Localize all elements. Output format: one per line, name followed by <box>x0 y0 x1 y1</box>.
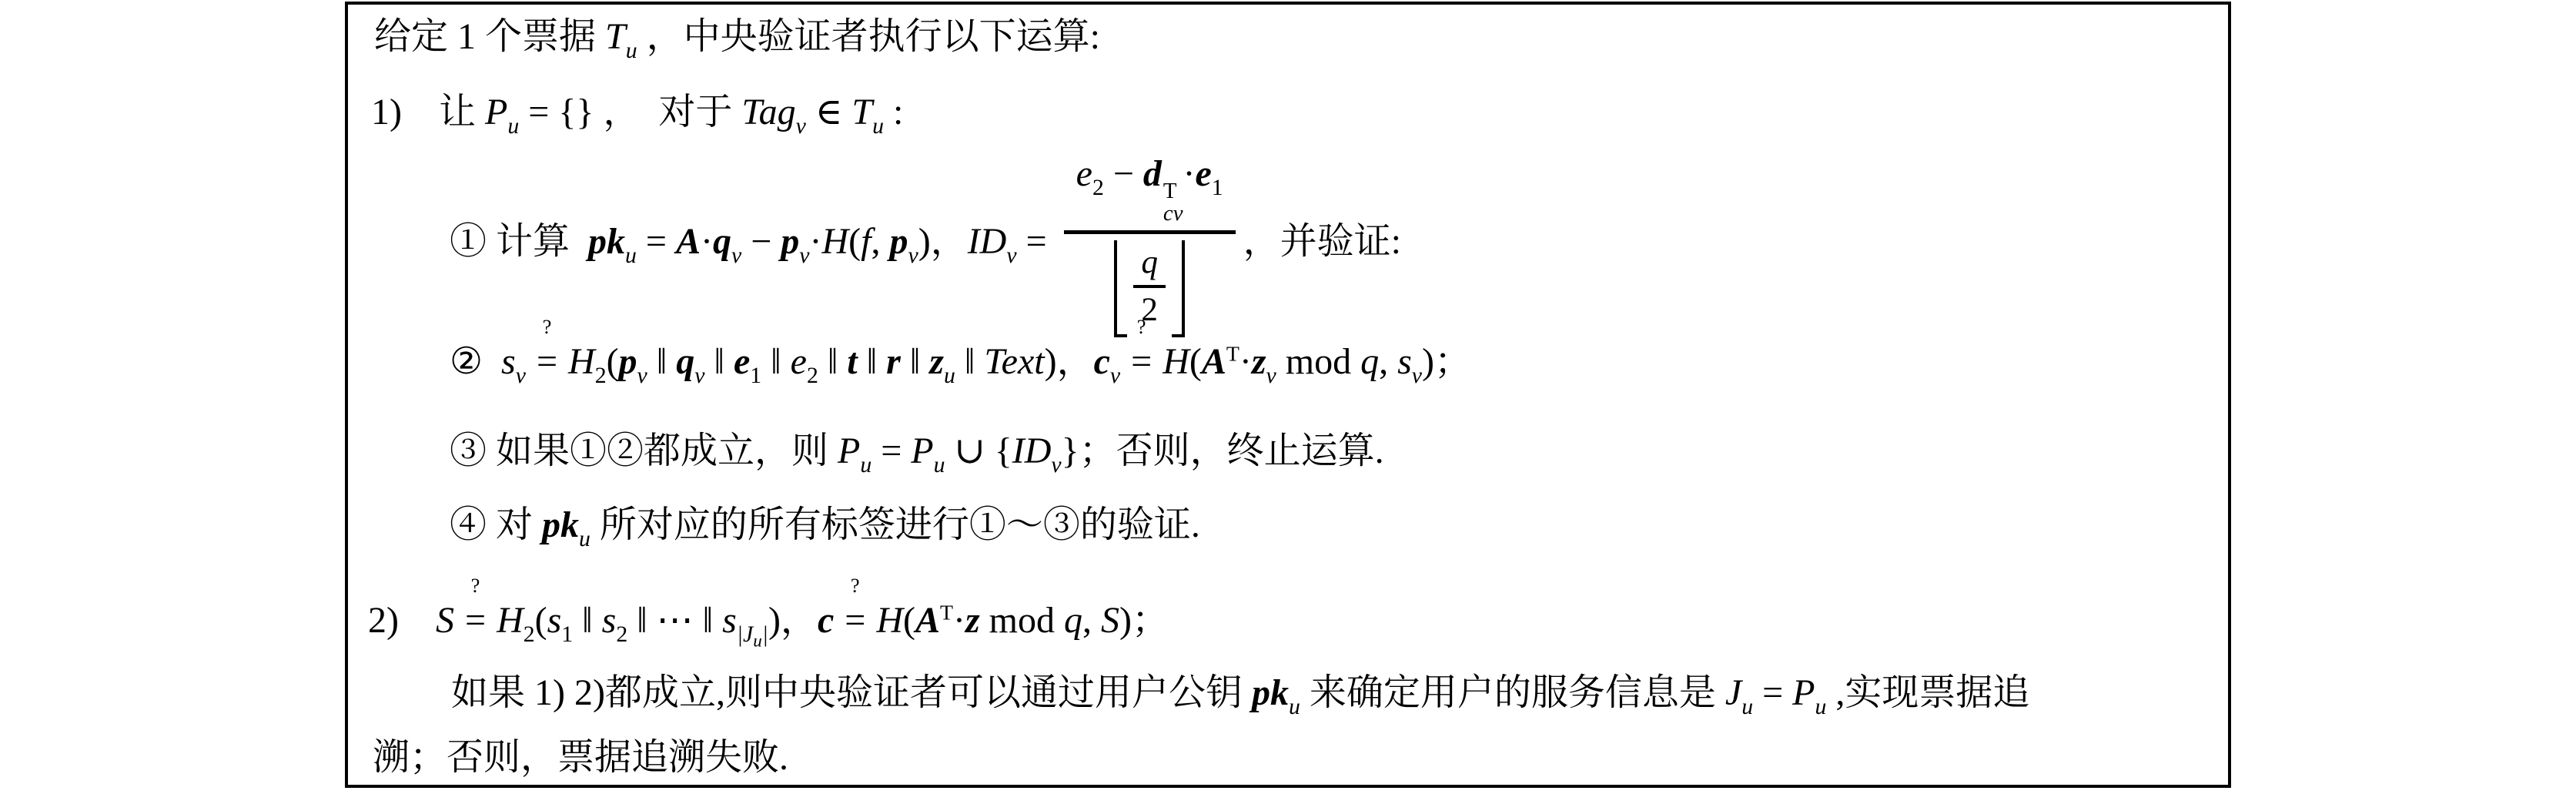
text-run: : <box>884 92 903 132</box>
conclusion-line-1: 如果 1) 2)都成立,则中央验证者可以通过用户公钥 pku 来确定用户的服务信… <box>451 672 2029 720</box>
text-run: ， <box>1057 341 1094 382</box>
step-2-line: 2) S?=H2(s1 ‖ s2 ‖ ⋯ ‖ s|Ju|)，c?=H(AT·z … <box>368 599 1169 651</box>
text-run: p <box>889 221 908 262</box>
text-run: q <box>676 341 694 382</box>
text-run: = <box>1017 221 1056 262</box>
text-run: ( <box>903 600 915 641</box>
text-run: ‖ <box>955 341 984 382</box>
text-run: ④ 对 <box>450 504 542 545</box>
text-run: 2 <box>1092 175 1104 200</box>
text-run: · <box>953 600 965 641</box>
text-run: 1 <box>561 621 573 647</box>
text-run: ‖ <box>818 341 847 382</box>
text-run: pk <box>542 504 579 545</box>
text-run: q <box>713 221 731 262</box>
text-run: e <box>791 341 807 382</box>
algorithm-box: 给定 1 个票据 Tu ，中央验证者执行以下运算:1) 让 Pu = {} ， … <box>345 2 2231 788</box>
text-run: − <box>1104 153 1143 194</box>
text-run: )； <box>1119 600 1169 641</box>
text-run: ( <box>848 221 861 262</box>
floor-left-bracket <box>1114 240 1127 337</box>
text-run: )； <box>1422 341 1471 382</box>
text-run: ID <box>1012 431 1052 471</box>
text-run: u <box>872 113 884 139</box>
text-run: ‖ <box>761 341 790 382</box>
questioned-equals: ?= <box>465 599 486 642</box>
text-run: 溯；否则，票据追溯失败. <box>373 737 788 778</box>
text-run: u <box>934 452 945 477</box>
text-run: A <box>676 221 701 262</box>
text-run: ‖ <box>901 341 929 382</box>
floor-bracket: q2 <box>1114 240 1185 337</box>
text-run: ② <box>450 341 501 382</box>
substep-4-all-tags-line: ④ 对 pku 所对应的所有标签进行①～③的验证. <box>450 504 1200 552</box>
text-run: u <box>507 113 519 139</box>
text-run: = <box>637 221 676 262</box>
text-run: ( <box>607 341 619 382</box>
text-run: P <box>485 92 507 132</box>
text-run: d <box>1143 153 1162 194</box>
text-run: ∪ { <box>945 431 1012 471</box>
text-run: |J <box>737 621 753 647</box>
text-run: 给定 1 个票据 <box>374 16 605 57</box>
text-run: A <box>915 600 940 641</box>
text-run: ) <box>768 600 781 641</box>
text-run: ) <box>918 221 931 262</box>
text-run: | <box>762 621 768 647</box>
substep-2-verify-line: ② sv?=H2(pv ‖ qv ‖ e1 ‖ e2 ‖ t ‖ r ‖ zu … <box>450 340 1471 389</box>
text-run: 2) <box>368 600 436 641</box>
text-run: P <box>838 431 860 471</box>
text-run: q <box>1141 244 1158 280</box>
substep-1-compute-line: ① 计算 pku = A·qv − pv·H(f, pv)，IDv = e2 −… <box>450 152 1401 337</box>
text-run: ‖ ⋯ ‖ <box>627 600 722 641</box>
text-run: s <box>722 600 737 641</box>
text-run: v <box>796 113 806 139</box>
step-1-line: 1) 让 Pu = {} ， 对于 Tagv ∈ Tu : <box>371 91 903 139</box>
text-run: u <box>1815 694 1826 719</box>
text-run: 2 <box>807 363 818 388</box>
text-run: mod <box>1276 341 1360 382</box>
text-run: s <box>501 341 516 382</box>
text-run: u <box>860 452 871 477</box>
text-run: ， <box>931 221 968 262</box>
text-run: 1) 让 <box>371 92 485 132</box>
text-run: · <box>701 221 713 262</box>
questioned-equals: ?= <box>537 340 557 383</box>
text-run: s <box>1397 341 1412 382</box>
text-run: T <box>605 16 626 57</box>
text-run: = <box>1753 672 1792 713</box>
text-run: , <box>1082 600 1101 641</box>
text-run: ( <box>1189 341 1202 382</box>
text-run: u <box>579 526 590 551</box>
text-run: 1 <box>750 363 761 388</box>
text-run: H <box>497 600 524 641</box>
text-run: S <box>1101 600 1119 641</box>
text-run: v <box>731 243 741 268</box>
text-run: e <box>1076 153 1092 194</box>
question-mark: ? <box>851 574 860 597</box>
questioned-equals: ?= <box>845 599 865 642</box>
text-run: r <box>886 341 901 382</box>
text-run: p <box>781 221 799 262</box>
question-mark: ? <box>1137 315 1146 338</box>
text-run: q <box>1360 341 1379 382</box>
text-run: u <box>626 38 637 63</box>
text-run: pk <box>588 221 625 262</box>
text-run: 2 <box>616 621 627 647</box>
text-run: u <box>1289 694 1300 719</box>
text-run: c <box>818 600 834 641</box>
text-run: q <box>1064 600 1082 641</box>
text-run: u <box>625 243 637 268</box>
fraction-numerator: q <box>1133 243 1166 288</box>
text-run: ③ 如果①②都成立，则 <box>450 431 838 471</box>
text-run: s <box>547 600 562 641</box>
text-run: , <box>871 221 889 262</box>
text-run: pk <box>1252 672 1289 713</box>
text-run: Text <box>984 341 1044 382</box>
questioned-equals: ?= <box>1131 340 1152 383</box>
text-run: ∈ <box>806 92 852 132</box>
text-run: ，中央验证者执行以下运算: <box>637 16 1100 57</box>
text-run: v <box>1006 243 1016 268</box>
text-run: T <box>851 92 872 132</box>
question-mark: ? <box>543 315 552 338</box>
fraction-numerator: e2 − dTcv·e1 <box>1064 152 1236 234</box>
text-run: Tag <box>741 92 795 132</box>
text-run: 所对应的所有标签进行①～③的验证. <box>590 504 1200 545</box>
text-run: A <box>1202 341 1226 382</box>
text-run: = <box>871 431 911 471</box>
text-run: ‖ <box>573 600 601 641</box>
text-run: z <box>1252 341 1266 382</box>
text-run: c <box>1094 341 1110 382</box>
text-run: 1 <box>1212 175 1223 200</box>
text-run: H <box>1163 341 1189 382</box>
text-run: ‖ <box>704 341 733 382</box>
text-run: = {} ， 对于 <box>519 92 741 132</box>
text-run: , <box>1379 341 1397 382</box>
text-run: · <box>1239 341 1252 382</box>
text-run: z <box>965 600 980 641</box>
text-run: J <box>1725 672 1741 713</box>
text-run: 2 <box>595 363 607 388</box>
text-run: T <box>1226 342 1239 366</box>
text-run: 如果 1) 2)都成立,则中央验证者可以通过用户公钥 <box>451 672 1252 713</box>
text-run: H <box>821 221 848 262</box>
text-run: ) <box>1045 341 1057 382</box>
text-run: T <box>940 601 953 625</box>
text-run: ① 计算 <box>450 221 588 262</box>
text-run: }；否则，终止运算. <box>1062 431 1384 471</box>
text-run: u <box>753 630 762 650</box>
floor-right-bracket <box>1172 240 1185 337</box>
text-run: z <box>929 341 944 382</box>
fraction: e2 − dTcv·e1q2 <box>1064 152 1236 337</box>
text-run: v <box>637 363 647 388</box>
text-run: u <box>944 363 955 388</box>
text-run: H <box>568 341 595 382</box>
text-run: S <box>436 600 454 641</box>
text-run: v <box>1110 363 1120 388</box>
superscript: T <box>1163 180 1177 203</box>
text-run: ‖ <box>647 341 676 382</box>
fraction-denominator: q2 <box>1064 234 1236 337</box>
text-run: v <box>1266 363 1276 388</box>
text-run: p <box>619 341 637 382</box>
text-run: v <box>516 363 526 388</box>
text-run: v <box>1051 452 1061 477</box>
text-run: e <box>734 341 750 382</box>
text-run: v <box>694 363 704 388</box>
text-run: ,实现票据追 <box>1826 672 2029 713</box>
text-run: v <box>908 243 918 268</box>
text-run: v <box>1412 363 1422 388</box>
text-run: t <box>847 341 857 382</box>
question-mark: ? <box>471 574 480 597</box>
sup-sub-stack: Tcv <box>1163 180 1183 225</box>
text-run: v <box>799 243 809 268</box>
text-run: − <box>741 221 781 262</box>
text-run: s <box>602 600 617 641</box>
text-run: u <box>1741 694 1753 719</box>
text-run: ID <box>968 221 1007 262</box>
text-run: ( <box>535 600 547 641</box>
text-run: · <box>1183 153 1195 194</box>
text-run: P <box>911 431 933 471</box>
text-run: P <box>1792 672 1815 713</box>
subscript: cv <box>1163 203 1183 225</box>
substep-3-union-line: ③ 如果①②都成立，则 Pu = Pu ∪ {IDv}；否则，终止运算. <box>450 430 1384 478</box>
text-run: ， <box>781 600 818 641</box>
text-run: 来确定用户的服务信息是 <box>1300 672 1725 713</box>
text-run: H <box>876 600 903 641</box>
text-run: e <box>1195 153 1211 194</box>
text-run: · <box>809 221 821 262</box>
intro-line: 给定 1 个票据 Tu ，中央验证者执行以下运算: <box>374 15 1100 64</box>
text-run: ，并验证: <box>1243 221 1401 262</box>
text-run: ‖ <box>858 341 886 382</box>
text-run: f <box>861 221 871 262</box>
text-run: 2 <box>524 621 535 647</box>
conclusion-line-2: 溯；否则，票据追溯失败. <box>373 736 788 779</box>
text-run: mod <box>980 600 1064 641</box>
